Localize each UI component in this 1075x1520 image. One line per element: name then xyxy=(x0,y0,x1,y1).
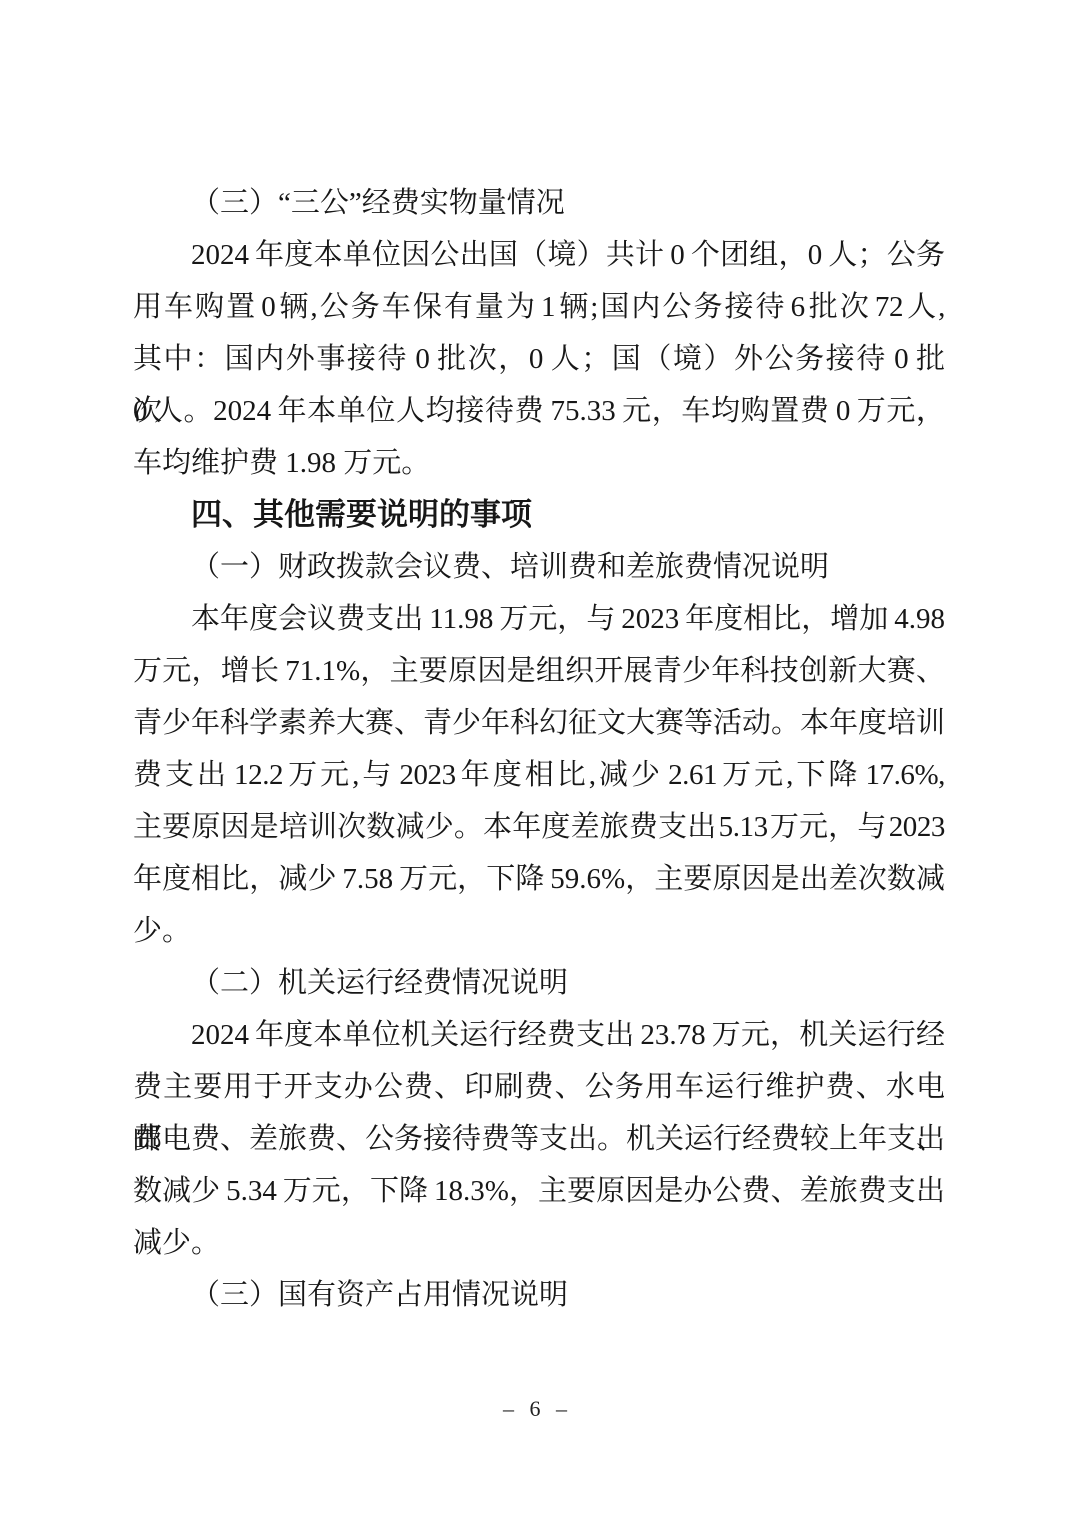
document-page: （三）“三公”经费实物量情况 2024 年度本单位因公出国（境）共计 0 个团组… xyxy=(0,0,1075,1520)
body-line: 青少年科学素养大赛、青少年科幻征文大赛等活动。本年度培训 xyxy=(133,697,945,749)
body-line: 主要原因是培训次数减少。本年度差旅费支出 5.13 万元，与 2023 xyxy=(133,801,945,853)
body-line: 少。 xyxy=(133,905,945,957)
page-number: – 6 – xyxy=(0,1396,1075,1422)
heading-fiscal-meeting-training-travel: （一）财政拨款会议费、培训费和差旅费情况说明 xyxy=(133,541,945,593)
document-body: （三）“三公”经费实物量情况 2024 年度本单位因公出国（境）共计 0 个团组… xyxy=(133,177,945,1321)
body-line: 万元，增长 71.1%，主要原因是组织开展青少年科技创新大赛、 xyxy=(133,645,945,697)
body-line: 本年度会议费支出 11.98 万元，与 2023 年度相比，增加 4.98 xyxy=(133,593,945,645)
heading-state-assets-occupation: （三）国有资产占用情况说明 xyxy=(133,1269,945,1321)
body-line: 0 人。2024 年本单位人均接待费 75.33 元，车均购置费 0 万元， xyxy=(133,385,945,437)
body-line: 数减少 5.34 万元，下降 18.3%，主要原因是办公费、差旅费支出 xyxy=(133,1165,945,1217)
body-line: 车均维护费 1.98 万元。 xyxy=(133,437,945,489)
body-line: 用车购置 0 辆,公务车保有量为 1 辆;国内公务接待 6 批次 72 人, xyxy=(133,281,945,333)
heading-other-matters: 四、其他需要说明的事项 xyxy=(133,489,945,541)
body-line: 邮电费、差旅费、公务接待费等支出。机关运行经费较上年支出 xyxy=(133,1113,945,1165)
body-line: 其中：国内外事接待 0 批次，0 人；国（境）外公务接待 0 批次， xyxy=(133,333,945,385)
heading-sangong-physical-volume: （三）“三公”经费实物量情况 xyxy=(133,177,945,229)
body-line: 费主要用于开支办公费、印刷费、公务用车运行维护费、水电费、 xyxy=(133,1061,945,1113)
body-line: 2024 年度本单位机关运行经费支出 23.78 万元，机关运行经 xyxy=(133,1009,945,1061)
body-line: 2024 年度本单位因公出国（境）共计 0 个团组，0 人；公务 xyxy=(133,229,945,281)
body-line: 费支出 12.2 万元,与 2023 年度相比,减少 2.61 万元,下降 17… xyxy=(133,749,945,801)
body-line: 减少。 xyxy=(133,1217,945,1269)
body-line: 年度相比，减少 7.58 万元，下降 59.6%，主要原因是出差次数减 xyxy=(133,853,945,905)
heading-agency-operating-funds: （二）机关运行经费情况说明 xyxy=(133,957,945,1009)
